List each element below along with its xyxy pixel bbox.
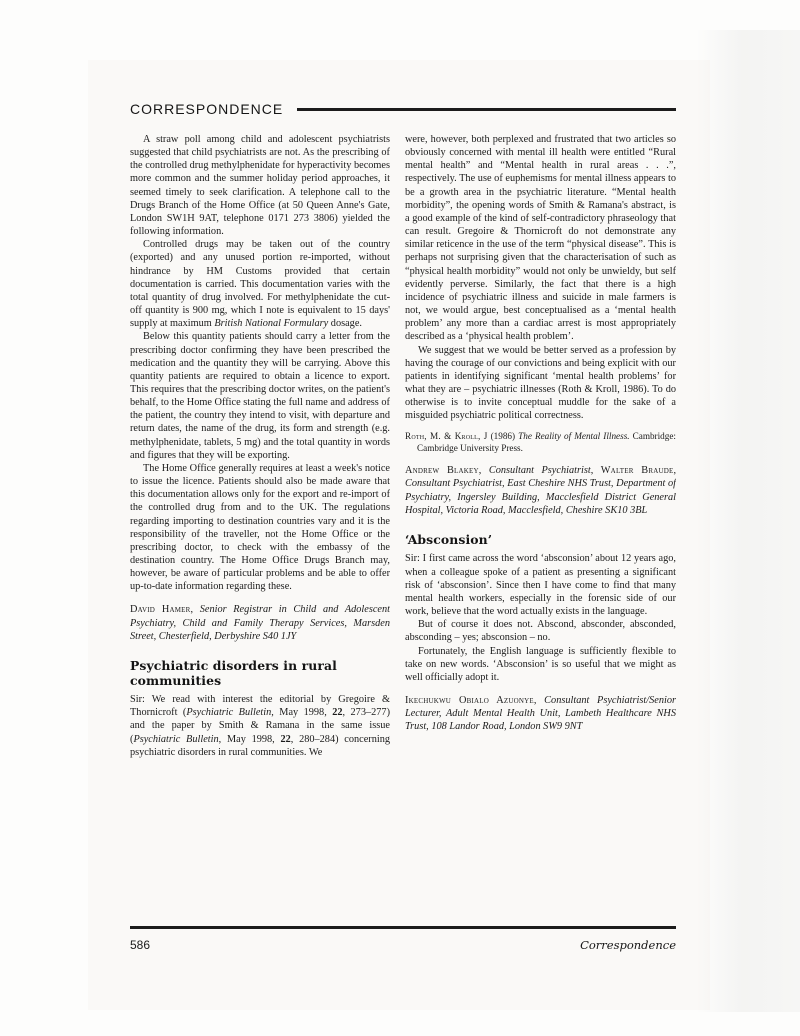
header-rule: [297, 108, 676, 111]
para: Below this quantity patients should carr…: [130, 330, 390, 462]
para: The Home Office generally requires at le…: [130, 462, 390, 594]
para: Sir: I first came across the word ‘absco…: [405, 552, 676, 618]
scan-edge-shadow: [696, 30, 800, 1012]
para: A straw poll among child and adolescent …: [130, 133, 390, 238]
para: Sir: We read with interest the editorial…: [130, 693, 390, 759]
page-footer: 586 Correspondence: [130, 926, 676, 952]
para: We suggest that we would be better serve…: [405, 344, 676, 423]
heading: ‘Absconsion’: [405, 533, 676, 548]
signature: David Hamer, Senior Registrar in Child a…: [130, 603, 390, 642]
para: Fortunately, the English language is suf…: [405, 645, 676, 684]
journal-page: CORRESPONDENCE A straw poll among child …: [0, 0, 800, 1036]
right-column: were, however, both perplexed and frustr…: [405, 133, 676, 928]
section-header: CORRESPONDENCE: [130, 101, 676, 117]
section-title: CORRESPONDENCE: [130, 101, 283, 117]
running-head: Correspondence: [580, 938, 676, 952]
footer-rule: [130, 926, 676, 929]
signature: Ikechukwu Obialo Azuonye, Consultant Psy…: [405, 694, 676, 733]
heading: Psychiatric disorders in rural communiti…: [130, 659, 390, 688]
reference: Roth, M. & Kroll, J (1986) The Reality o…: [405, 431, 676, 454]
left-column: A straw poll among child and adolescent …: [130, 133, 390, 928]
signature: Andrew Blakey, Consultant Psychiatrist, …: [405, 464, 676, 517]
page-number: 586: [130, 938, 150, 952]
footer-row: 586 Correspondence: [130, 938, 676, 952]
text-columns: A straw poll among child and adolescent …: [130, 133, 676, 928]
para: But of course it does not. Abscond, absc…: [405, 618, 676, 644]
para: Controlled drugs may be taken out of the…: [130, 238, 390, 330]
para: were, however, both perplexed and frustr…: [405, 133, 676, 344]
